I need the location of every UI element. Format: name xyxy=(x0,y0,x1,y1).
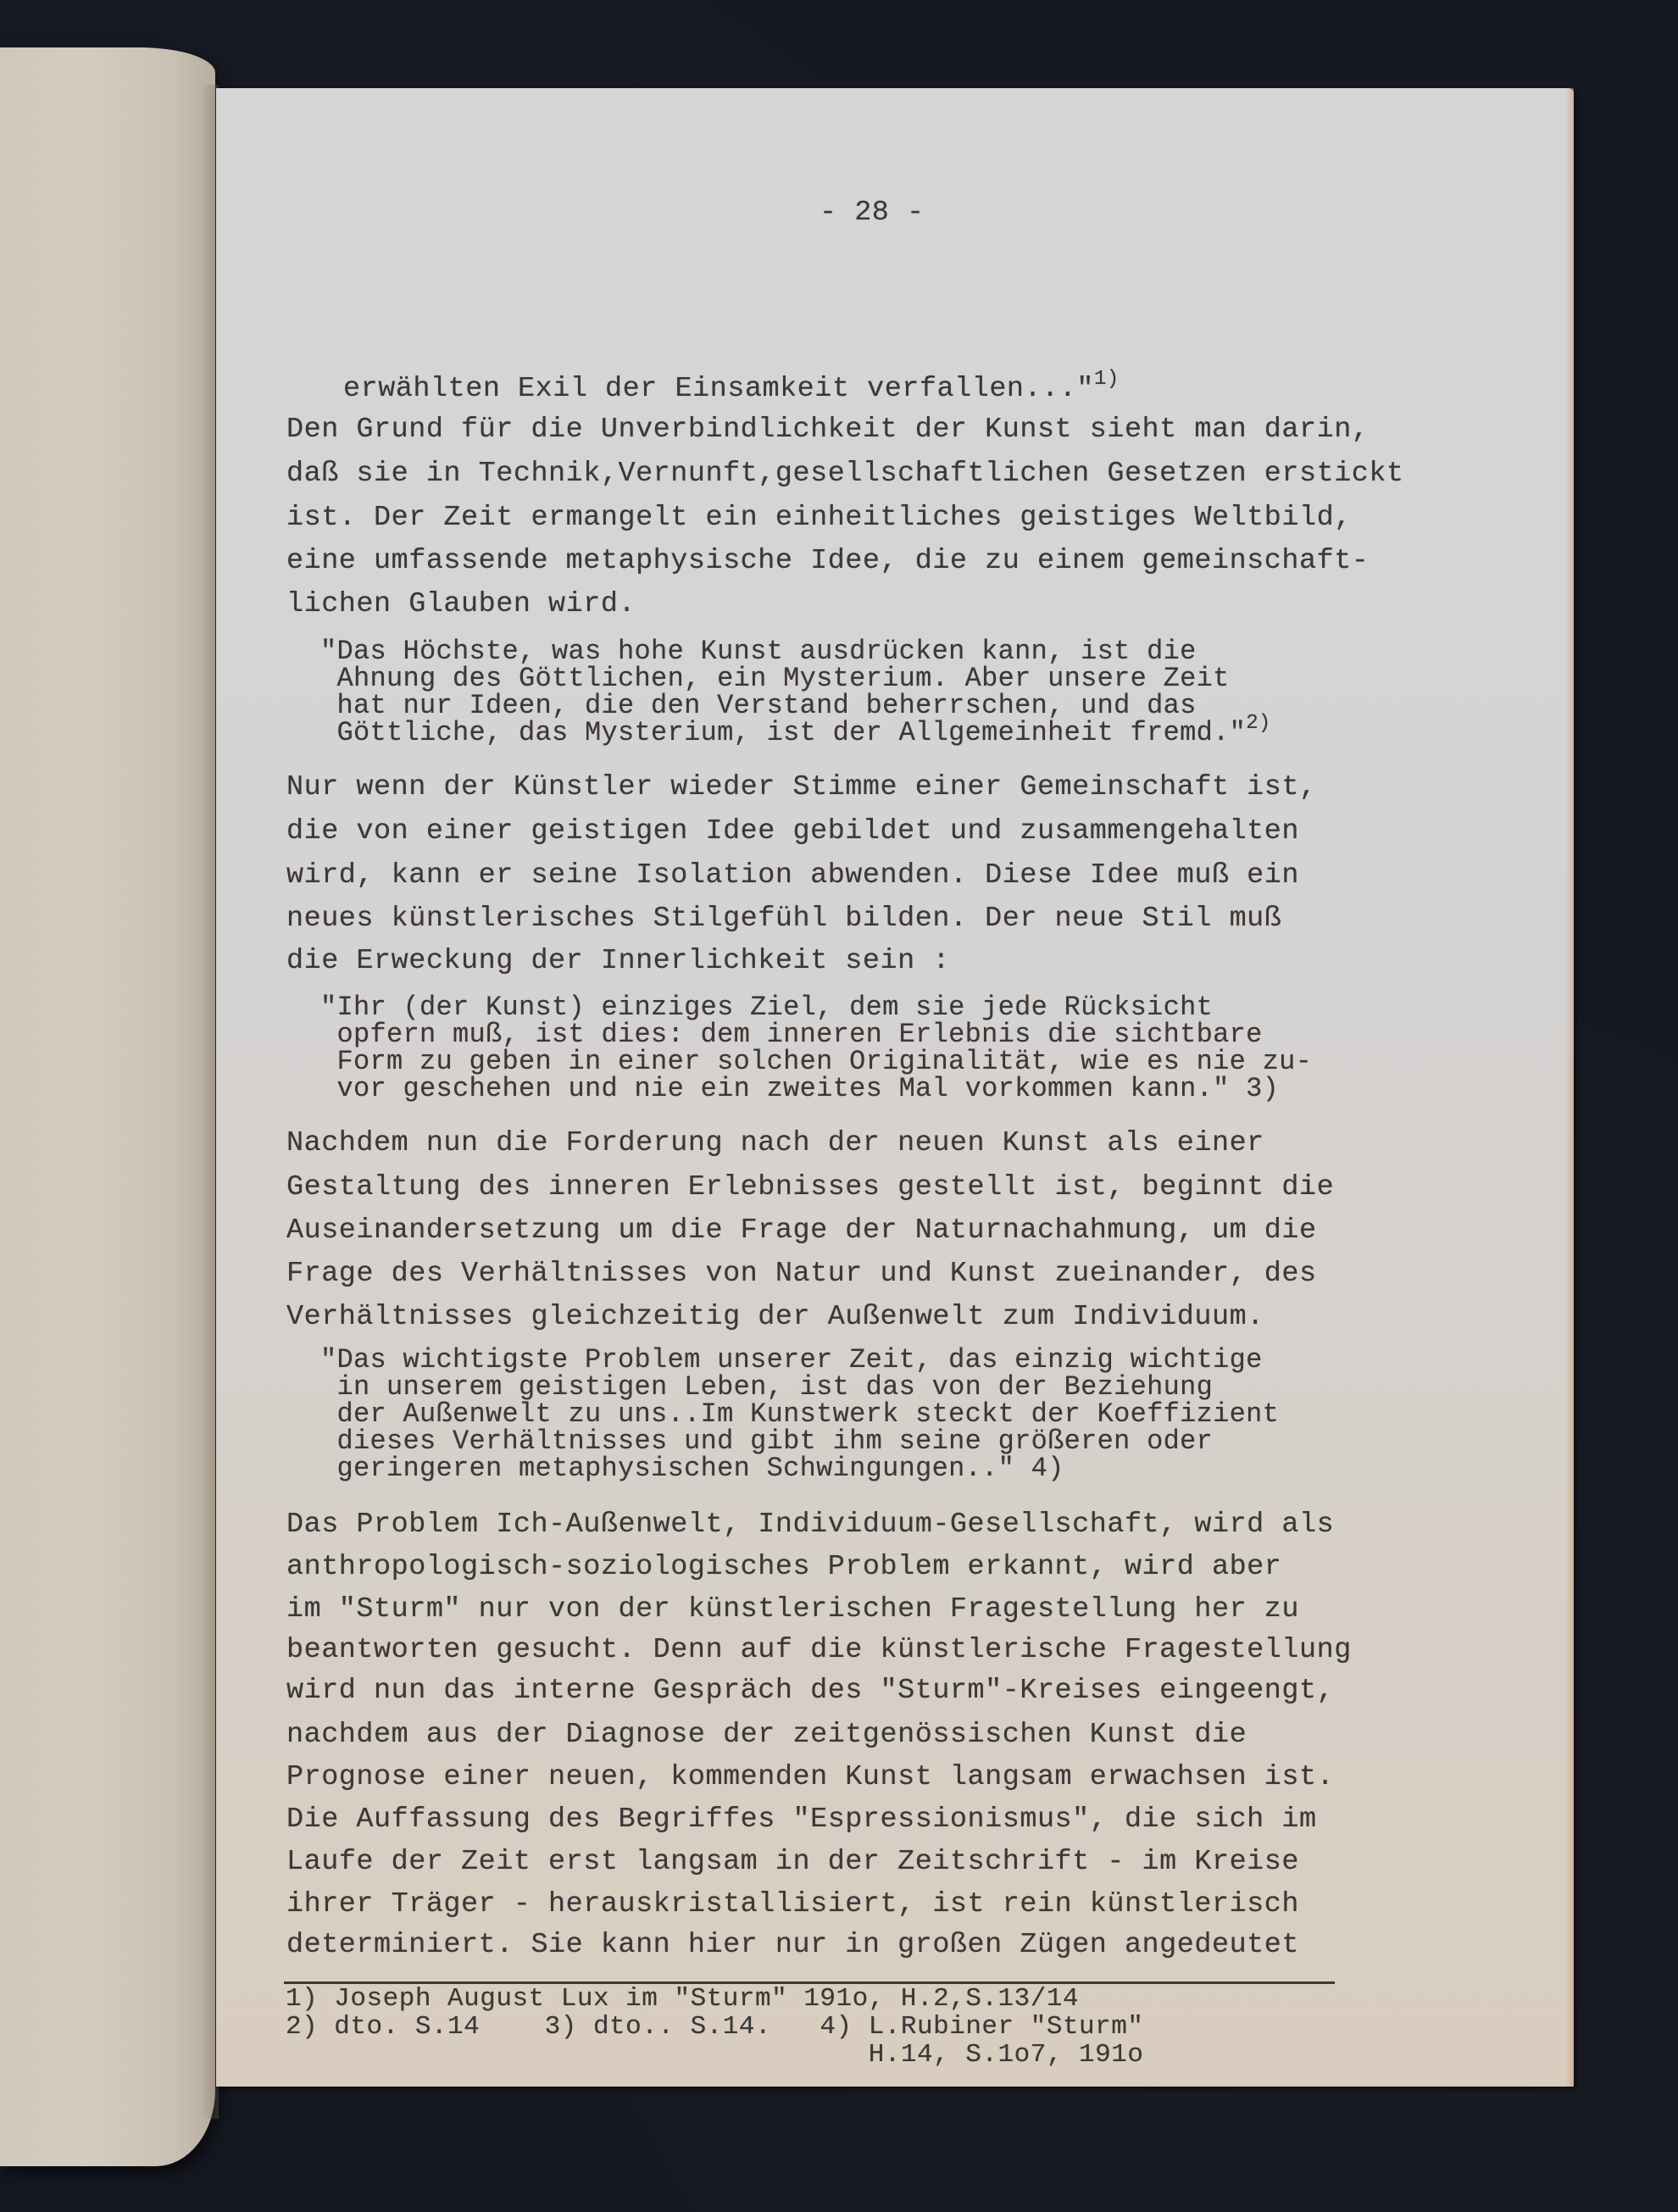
paragraph-line: Laufe der Zeit erst langsam in der Zeits… xyxy=(286,1841,1299,1883)
paragraph-line: beantworten gesucht. Denn auf die künstl… xyxy=(286,1629,1352,1671)
quote-line: opfern muß, ist dies: dem inneren Erlebn… xyxy=(320,1020,1263,1049)
quote-line: dieses Verhältnisses und gibt ihm seine … xyxy=(320,1427,1213,1456)
footnote-line: 1) Joseph August Lux im "Sturm" 191o, H.… xyxy=(286,1985,1079,2013)
paragraph-line: nachdem aus der Diagnose der zeitgenössi… xyxy=(286,1714,1247,1756)
paragraph-line: ihrer Träger - herauskristallisiert, ist… xyxy=(286,1883,1299,1926)
paragraph-line: lichen Glauben wird. xyxy=(286,583,636,625)
paragraph-line: Die Auffassung des Begriffes "Espression… xyxy=(286,1798,1317,1841)
page-number: - 28 - xyxy=(820,197,925,229)
footnote-ref-2: 2) xyxy=(1246,712,1270,735)
quote-line: hat nur Ideen, die den Verstand beherrsc… xyxy=(320,692,1197,720)
paragraph-line: Auseinandersetzung um die Frage der Natu… xyxy=(286,1209,1317,1252)
paragraph-line: Frage des Verhältnisses von Natur und Ku… xyxy=(286,1253,1317,1295)
footnote-line: 2) dto. S.14 3) dto.. S.14. 4) L.Rubiner… xyxy=(286,2013,1143,2041)
paragraph-line: eine umfassende metaphysische Idee, die … xyxy=(286,540,1369,582)
quote-line: Ahnung des Göttlichen, ein Mysterium. Ab… xyxy=(320,664,1230,693)
paragraph-line: ist. Der Zeit ermangelt ein einheitliche… xyxy=(286,497,1352,539)
paragraph-line: wird, kann er seine Isolation abwenden. … xyxy=(286,854,1299,897)
quote-line: der Außenwelt zu uns..Im Kunstwerk steck… xyxy=(320,1400,1279,1429)
quote-line: geringeren metaphysischen Schwingungen..… xyxy=(320,1454,1064,1483)
quote-line: in unserem geistigen Leben, ist das von … xyxy=(320,1373,1213,1402)
paragraph-line: determiniert. Sie kann hier nur in große… xyxy=(286,1924,1299,1966)
quote-line: "Das Höchste, was hohe Kunst ausdrücken … xyxy=(320,637,1197,666)
quote-line: Göttliche, das Mysterium, ist der Allgem… xyxy=(320,719,1271,748)
paragraph-line: Das Problem Ich-Außenwelt, Individuum-Ge… xyxy=(286,1503,1334,1546)
paragraph-line: wird nun das interne Gespräch des "Sturm… xyxy=(286,1670,1334,1712)
quote-line: Form zu geben in einer solchen Originali… xyxy=(320,1048,1312,1076)
document-page: - 28 - erwählten Exil der Einsamkeit ver… xyxy=(216,88,1574,2087)
paragraph-line: neues künstlerisches Stilgefühl bilden. … xyxy=(286,898,1281,940)
quote-line-text: Göttliche, das Mysterium, ist der Allgem… xyxy=(320,717,1246,748)
previous-page-curl xyxy=(0,47,215,2166)
paragraph-line: die Erweckung der Innerlichkeit sein : xyxy=(286,940,950,982)
opening-line-text: erwählten Exil der Einsamkeit verfallen.… xyxy=(343,373,1094,405)
quote-line: "Ihr (der Kunst) einziges Ziel, dem sie … xyxy=(320,993,1213,1022)
quote-line: "Das wichtigste Problem unserer Zeit, da… xyxy=(320,1346,1263,1375)
quote-line: vor geschehen und nie ein zweites Mal vo… xyxy=(320,1075,1279,1103)
paragraph-line: Nur wenn der Künstler wieder Stimme eine… xyxy=(286,766,1317,809)
footnote-ref-1: 1) xyxy=(1094,368,1120,391)
paragraph-line: im "Sturm" nur von der künstlerischen Fr… xyxy=(286,1588,1299,1631)
paragraph-line: Den Grund für die Unverbindlichkeit der … xyxy=(286,408,1369,451)
paragraph-line: anthropologisch-soziologisches Problem e… xyxy=(286,1546,1281,1588)
paragraph-line: daß sie in Technik,Vernunft,gesellschaft… xyxy=(286,453,1404,495)
paragraph-line: Verhältnisses gleichzeitig der Außenwelt… xyxy=(286,1296,1264,1338)
paragraph-line: die von einer geistigen Idee gebildet un… xyxy=(286,810,1299,853)
paragraph-line: Prognose einer neuen, kommenden Kunst la… xyxy=(286,1756,1334,1798)
footnote-line: H.14, S.1o7, 191o xyxy=(286,2041,1143,2069)
paragraph-line: Nachdem nun die Forderung nach der neuen… xyxy=(286,1122,1264,1164)
opening-line: erwählten Exil der Einsamkeit verfallen.… xyxy=(343,368,1120,410)
paragraph-line: Gestaltung des inneren Erlebnisses geste… xyxy=(286,1166,1334,1209)
